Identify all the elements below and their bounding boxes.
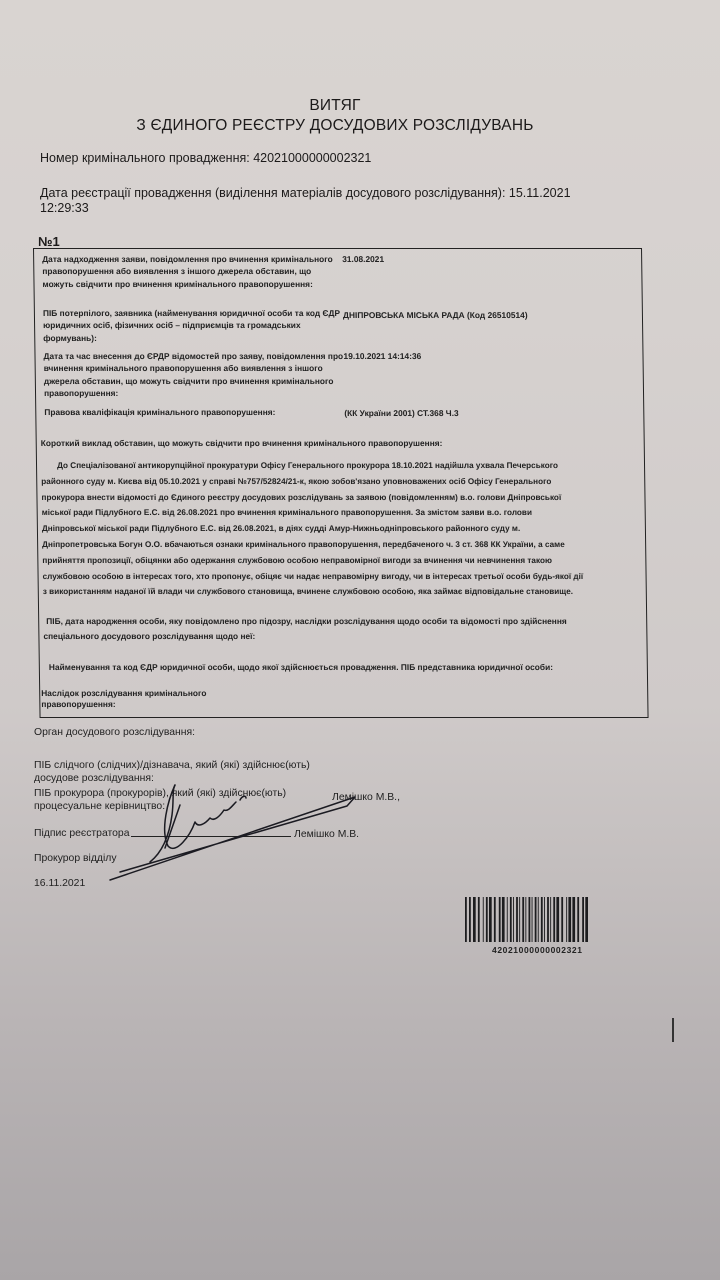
investigation-body-label: Орган досудового розслідування: <box>34 726 195 739</box>
summary-line: Дніпропетровська Богун О.О. вбачаються о… <box>42 537 610 553</box>
entry-number: №1 <box>38 234 60 249</box>
field-label-receipt-date: Дата надходження заяви, повідомлення про… <box>42 253 343 290</box>
prosecutor-label-line1: ПІБ прокурора (прокурорів), який (які) з… <box>34 787 286 800</box>
field-label-victim: ПІБ потерпілого, заявника (найменування … <box>43 307 344 344</box>
registrar-name: Лемішко М.В. <box>294 828 359 841</box>
entry-box: Дата надходження заяви, повідомлення про… <box>33 248 649 718</box>
summary-line: прокурора внести відомості до Єдиного ре… <box>41 490 609 506</box>
case-number: Номер кримінального провадження: 4202100… <box>40 151 371 165</box>
document-title: ВИТЯГ <box>0 97 670 115</box>
summary-line: прийняття пропозиції, обіцянки або одерж… <box>42 553 610 569</box>
field-value-receipt-date: 31.08.2021 <box>342 253 384 265</box>
investigator-label-line1: ПІБ слідчого (слідчих)/дізнавача, який (… <box>34 759 310 772</box>
barcode <box>463 897 627 942</box>
prosecutor-label-line2: процесуальне керівництво: <box>34 800 165 813</box>
registrar-signature-label: Підпис реєстратора <box>34 827 129 840</box>
summary-text: До Спеціалізованої антикорупційної проку… <box>41 458 611 600</box>
signature-line <box>131 836 291 837</box>
suspect-label-line2: спеціального досудового розслідування що… <box>43 630 643 642</box>
document-page: ВИТЯГ З ЄДИНОГО РЕЄСТРУ ДОСУДОВИХ РОЗСЛІ… <box>0 0 720 1280</box>
prosecutor-name: Лемішко М.В., <box>332 791 400 804</box>
summary-label: Короткий виклад обставин, що можуть свід… <box>41 437 641 449</box>
summary-line: До Спеціалізованої антикорупційної проку… <box>41 458 609 474</box>
investigator-label-line2: досудове розслідування: <box>34 772 154 785</box>
registration-date: Дата реєстрації провадження (виділення м… <box>40 186 571 200</box>
outcome-label-line2: правопорушення: <box>41 698 641 710</box>
field-value-victim: ДНІПРОВСЬКА МІСЬКА РАДА (Код 26510514) <box>343 309 528 321</box>
paper-mark <box>672 1018 674 1042</box>
suspect-label-line1: ПІБ, дата народження особи, яку повідомл… <box>46 615 646 627</box>
summary-line: міської ради Підлубного Е.С. від 26.08.2… <box>42 505 610 521</box>
field-label-qualification: Правова кваліфікація кримінального право… <box>44 406 344 418</box>
field-value-entry-datetime: 19.10.2021 14:14:36 <box>343 350 421 362</box>
summary-line: з використанням наданої їй влади чи служ… <box>43 584 611 600</box>
summary-line: Дніпровської міської ради Підлубного Е.С… <box>42 521 610 537</box>
barcode-number: 42021000000002321 <box>492 945 583 955</box>
field-label-entry-datetime: Дата та час внесення до ЄРДР відомостей … <box>43 350 344 400</box>
summary-line: районного суду м. Києва від 05.10.2021 у… <box>41 474 609 490</box>
document-subtitle: З ЄДИНОГО РЕЄСТРУ ДОСУДОВИХ РОЗСЛІДУВАНЬ <box>0 117 670 135</box>
registration-time: 12:29:33 <box>40 201 89 215</box>
document-date: 16.11.2021 <box>34 877 85 890</box>
summary-line: службовою особою в інтересах того, хто п… <box>42 569 610 585</box>
department-prosecutor-label: Прокурор відділу <box>34 852 117 865</box>
field-value-qualification: (КК України 2001) СТ.368 Ч.3 <box>344 407 459 419</box>
legal-entity-label: Найменування та код ЄДР юридичної особи,… <box>49 661 649 673</box>
